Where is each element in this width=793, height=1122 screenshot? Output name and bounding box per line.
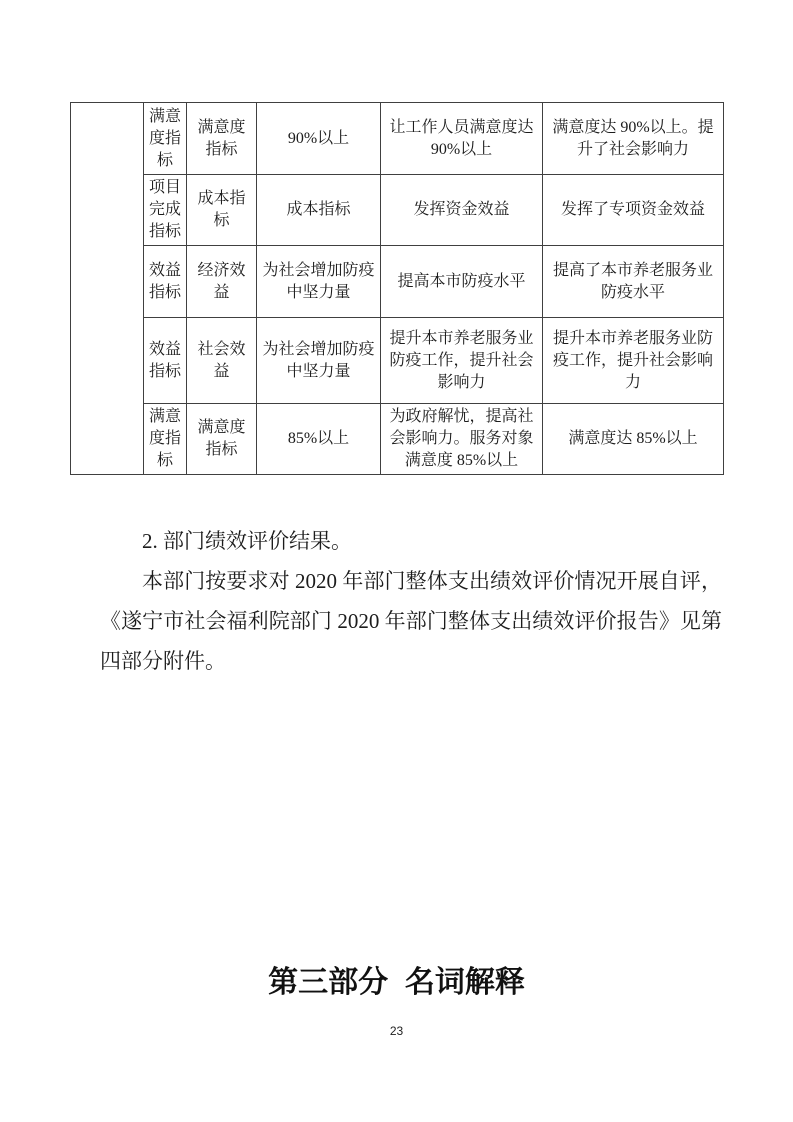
item-heading: 2. 部门绩效评价结果。	[100, 521, 722, 561]
table-row: 满意度指标 满意度指标 90%以上 让工作人员满意度达 90%以上 满意度达 9…	[71, 103, 724, 175]
table-cell: 成本指标	[257, 175, 381, 246]
table-cell: 满意度指标	[187, 103, 257, 175]
table-cell: 提高本市防疫水平	[381, 246, 543, 318]
table-cell: 效益指标	[144, 318, 187, 404]
table-cell: 提高了本市养老服务业防疫水平	[543, 246, 724, 318]
body-text: 2. 部门绩效评价结果。 本部门按要求对 2020 年部门整体支出绩效评价情况开…	[100, 521, 722, 681]
table-cell: 经济效益	[187, 246, 257, 318]
table-row: 效益指标 社会效益 为社会增加防疫中坚力量 提升本市养老服务业防疫工作，提升社会…	[71, 318, 724, 404]
table-cell: 发挥了专项资金效益	[543, 175, 724, 246]
table-cell: 满意度指标	[187, 404, 257, 475]
table-cell: 发挥资金效益	[381, 175, 543, 246]
table-cell: 提升本市养老服务业防疫工作，提升社会影响力	[381, 318, 543, 404]
table-cell: 满意度指标	[144, 404, 187, 475]
table-cell: 让工作人员满意度达 90%以上	[381, 103, 543, 175]
section-title: 第三部分 名词解释	[0, 966, 793, 1000]
table-cell: 为社会增加防疫中坚力量	[257, 318, 381, 404]
table-cell: 85%以上	[257, 404, 381, 475]
table-row: 效益指标 经济效益 为社会增加防疫中坚力量 提高本市防疫水平 提高了本市养老服务…	[71, 246, 724, 318]
indicator-table: 满意度指标 满意度指标 90%以上 让工作人员满意度达 90%以上 满意度达 9…	[70, 102, 724, 475]
table-cell: 成本指标	[187, 175, 257, 246]
table-cell: 满意度达 90%以上。提升了社会影响力	[543, 103, 724, 175]
table-cell: 项目完成指标	[144, 175, 187, 246]
table-cell: 90%以上	[257, 103, 381, 175]
table-spacer-cell	[71, 103, 144, 475]
table-cell: 满意度指标	[144, 103, 187, 175]
table-cell: 效益指标	[144, 246, 187, 318]
table-cell: 满意度达 85%以上	[543, 404, 724, 475]
table-cell: 提升本市养老服务业防疫工作，提升社会影响力	[543, 318, 724, 404]
table-cell: 社会效益	[187, 318, 257, 404]
body-paragraph: 本部门按要求对 2020 年部门整体支出绩效评价情况开展自评，《遂宁市社会福利院…	[100, 561, 722, 681]
table-cell: 为政府解忧，提高社会影响力。服务对象满意度 85%以上	[381, 404, 543, 475]
table-cell: 为社会增加防疫中坚力量	[257, 246, 381, 318]
table-row: 项目完成指标 成本指标 成本指标 发挥资金效益 发挥了专项资金效益	[71, 175, 724, 246]
page-number: 23	[0, 1024, 793, 1038]
document-page: 满意度指标 满意度指标 90%以上 让工作人员满意度达 90%以上 满意度达 9…	[0, 0, 793, 1122]
table-row: 满意度指标 满意度指标 85%以上 为政府解忧，提高社会影响力。服务对象满意度 …	[71, 404, 724, 475]
